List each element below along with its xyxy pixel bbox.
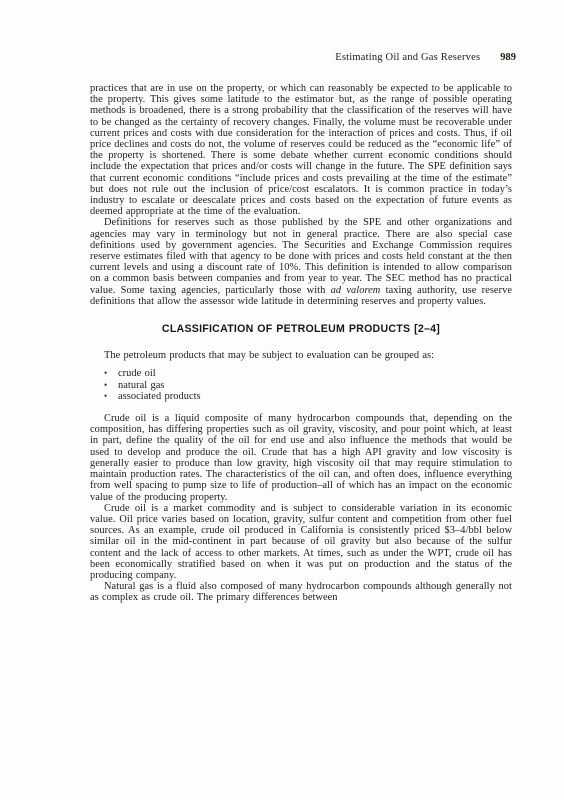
list-intro: The petroleum products that may be subje…: [90, 350, 512, 361]
paragraph-continued: practices that are in use on the propert…: [90, 83, 512, 217]
list-item-label: natural gas: [118, 380, 164, 391]
running-head: Estimating Oil and Gas Reserves 989: [90, 52, 516, 63]
section-heading: CLASSIFICATION OF PETROLEUM PRODUCTS [2–…: [90, 324, 512, 335]
running-head-title: Estimating Oil and Gas Reserves: [335, 52, 480, 63]
content-column: practices that are in use on the propert…: [90, 83, 512, 604]
paragraph-crude-market: Crude oil is a market commodity and is s…: [90, 503, 512, 581]
list-item-label: associated products: [118, 391, 201, 402]
list-item: •associated products: [104, 391, 512, 402]
latin-term-ad-valorem: ad valorem: [331, 285, 381, 296]
list-item: •crude oil: [104, 368, 512, 379]
paragraph-definitions: Definitions for reserves such as those p…: [90, 217, 512, 307]
page-number: 989: [500, 52, 516, 63]
bullet-icon: •: [104, 380, 118, 391]
list-item-label: crude oil: [118, 368, 156, 379]
document-page: Estimating Oil and Gas Reserves 989 prac…: [0, 0, 564, 800]
bullet-list: •crude oil •natural gas •associated prod…: [90, 368, 512, 402]
bullet-icon: •: [104, 391, 118, 402]
paragraph-crude-properties: Crude oil is a liquid composite of many …: [90, 413, 512, 503]
paragraph-natural-gas: Natural gas is a fluid also composed of …: [90, 581, 512, 603]
bullet-icon: •: [104, 368, 118, 379]
list-item: •natural gas: [104, 380, 512, 391]
